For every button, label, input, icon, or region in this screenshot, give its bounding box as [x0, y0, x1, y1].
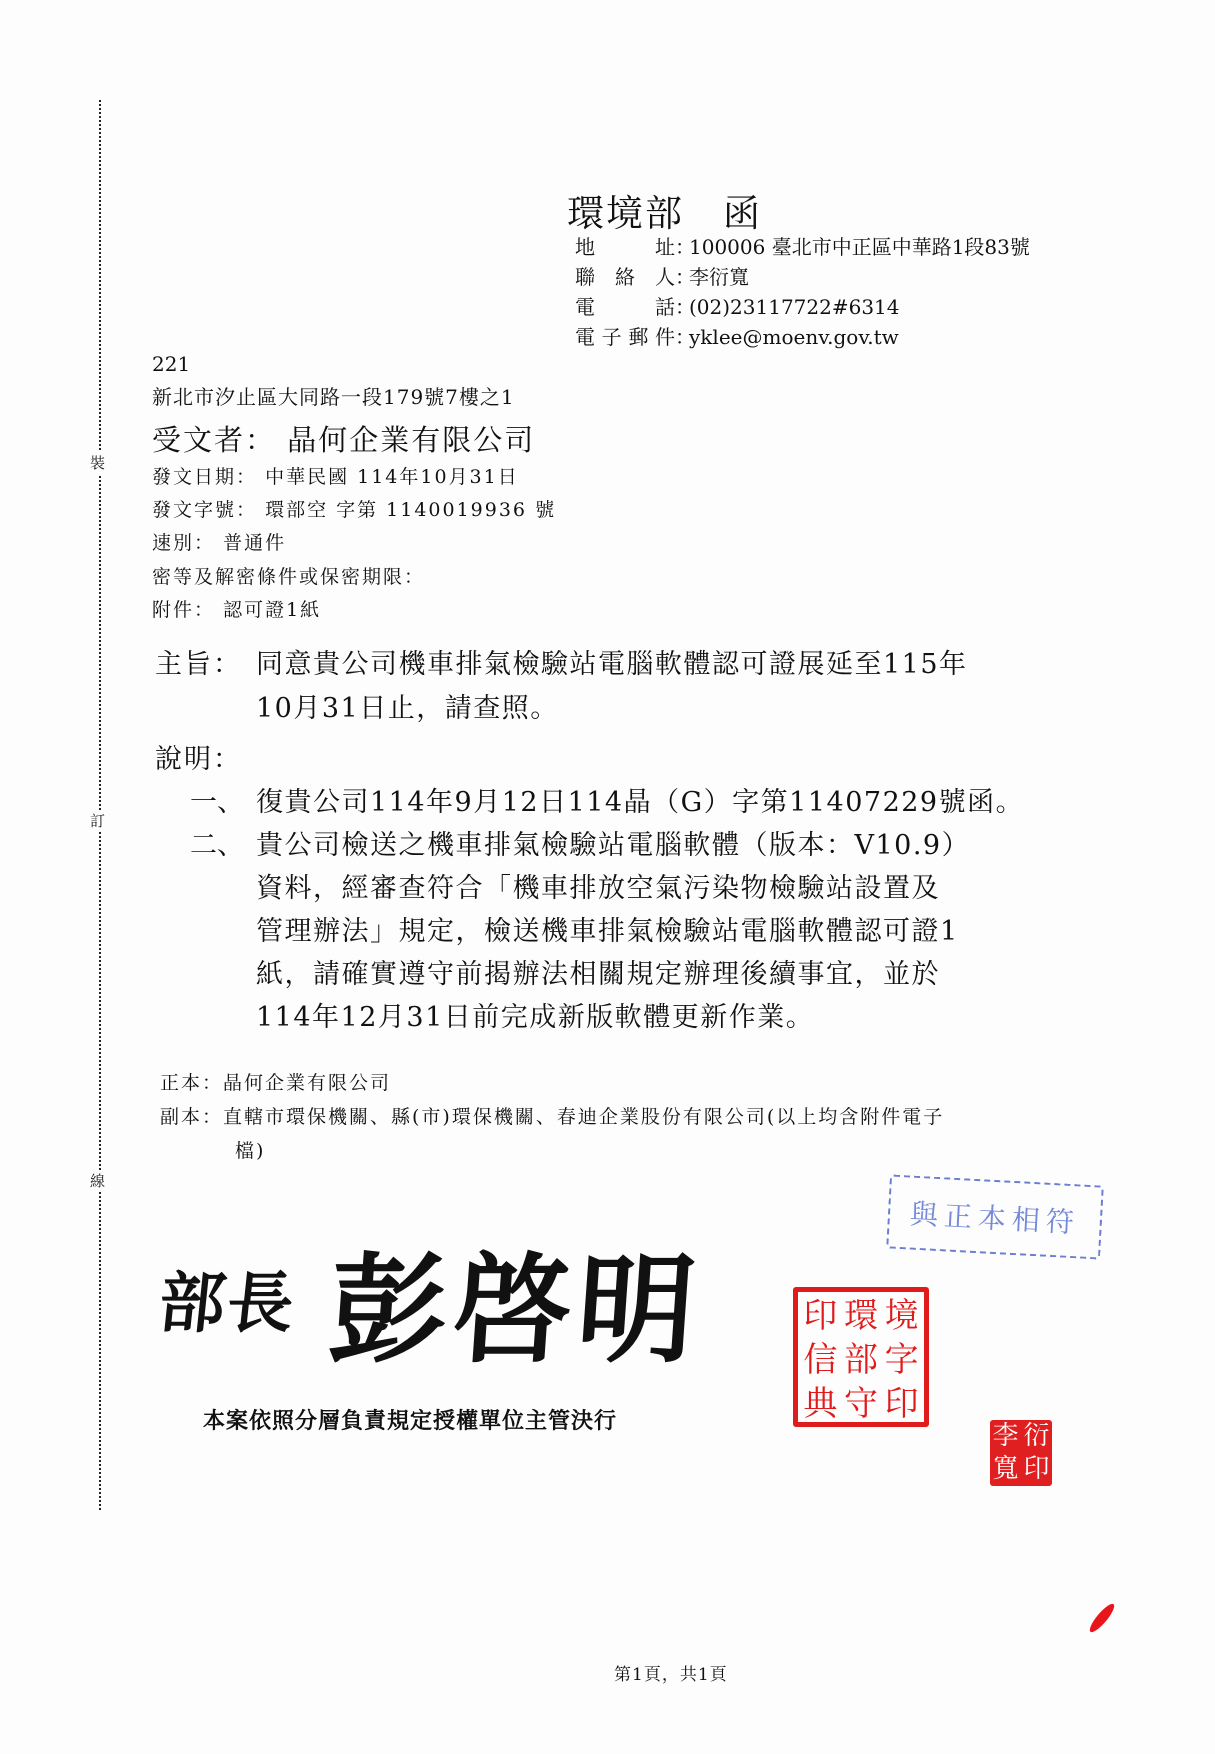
contact-value: 100006 臺北市中正區中華路1段83號	[689, 235, 1030, 259]
contact-address: 地址：100006 臺北市中正區中華路1段83號	[575, 232, 1030, 262]
meta-label: 速別：	[152, 532, 215, 554]
seal-char: 衍	[1021, 1420, 1052, 1453]
seal-char: 典	[800, 1382, 841, 1426]
meta-value: 中華民國 114年10月31日	[265, 466, 519, 488]
seal-char: 部	[841, 1338, 882, 1382]
signature-name: 彭啓明	[324, 1215, 708, 1385]
copy-label: 正本：	[160, 1072, 223, 1094]
recipient-label: 受文者：	[152, 423, 276, 457]
binding-mark-zhuang: 裝	[90, 452, 105, 474]
contact-value: 李衍寬	[689, 265, 749, 289]
contact-email-link[interactable]: yklee@moenv.gov.tw	[689, 325, 899, 349]
meta-label: 密等及解密條件或保密期限：	[152, 566, 425, 588]
explanation-item-line: 復貴公司114年9月12日114晶（G）字第11407229號函。	[256, 780, 1024, 819]
original-recipient: 正本：晶何企業有限公司	[160, 1068, 391, 1095]
explanation-item-number: 二、	[190, 823, 244, 862]
cc-recipients-continued: 檔)	[235, 1136, 265, 1163]
explanation-item-line: 114年12月31日前完成新版軟體更新作業。	[256, 995, 814, 1034]
explanation-item-line: 紙，請確實遵守前揭辦法相關規定辦理後續事宜，並於	[256, 952, 940, 991]
seal-char: 環	[841, 1294, 882, 1338]
explanation-item-line: 管理辦法」規定，檢送機車排氣檢驗站電腦軟體認可證1	[256, 909, 959, 948]
meta-attachment: 附件： 認可證1紙	[152, 595, 321, 622]
explanation-label: 說明：	[155, 737, 242, 776]
copy-label: 副本：	[160, 1106, 223, 1128]
binding-line	[99, 100, 101, 1510]
contact-email: 電子郵件：yklee@moenv.gov.tw	[575, 322, 899, 352]
binding-mark-xian: 線	[90, 1170, 105, 1192]
subject-label: 主旨：	[155, 642, 242, 681]
meta-value: 認可證1紙	[223, 599, 321, 621]
contact-value: (02)23117722#6314	[689, 295, 900, 319]
contact-phone: 電話：(02)23117722#6314	[575, 292, 900, 322]
copy-value: 直轄市環保機關、縣(市)環保機關、春迪企業股份有限公司(以上均含附件電子	[223, 1106, 944, 1128]
meta-issue-date: 發文日期： 中華民國 114年10月31日	[152, 462, 519, 489]
seal-char: 寬	[990, 1453, 1021, 1486]
seal-char: 印	[881, 1382, 922, 1426]
seal-char: 信	[800, 1338, 841, 1382]
document-title: 環境部 函	[567, 183, 762, 237]
recipient-zip: 221	[152, 352, 190, 376]
certified-copy-stamp: 與正本相符	[886, 1174, 1104, 1259]
meta-label: 附件：	[152, 599, 215, 621]
binding-mark-ding: 訂	[90, 810, 105, 832]
official-seal: 印 環 境 信 部 字 典 守 印	[793, 1287, 929, 1427]
seal-char: 守	[841, 1382, 882, 1426]
red-ink-mark	[1087, 1601, 1118, 1635]
recipient-address: 新北市汐止區大同路一段179號7樓之1	[152, 381, 515, 410]
seal-char: 字	[881, 1338, 922, 1382]
meta-priority: 速別： 普通件	[152, 528, 286, 555]
meta-classification: 密等及解密條件或保密期限：	[152, 562, 425, 589]
meta-label: 發文字號：	[152, 499, 257, 521]
contact-label: 電話	[575, 292, 675, 322]
contact-label: 電子郵件	[575, 322, 675, 352]
explanation-item-line: 資料，經審查符合「機車排放空氣污染物檢驗站設置及	[256, 866, 940, 905]
seal-char: 印	[800, 1294, 841, 1338]
meta-label: 發文日期：	[152, 466, 257, 488]
signature-title: 部長	[155, 1250, 301, 1345]
recipient: 受文者： 晶何企業有限公司	[152, 418, 535, 459]
meta-value: 普通件	[223, 532, 286, 554]
meta-doc-number: 發文字號： 環部空 字第 1140019936 號	[152, 495, 556, 522]
copy-value: 晶何企業有限公司	[223, 1072, 391, 1094]
seal-char: 李	[990, 1420, 1021, 1453]
page-number: 第1頁，共1頁	[614, 1660, 728, 1685]
contact-label: 地址	[575, 232, 675, 262]
contact-person: 聯絡人：李衍寬	[575, 262, 749, 292]
seal-char: 境	[881, 1294, 922, 1338]
explanation-item-line: 貴公司檢送之機車排氣檢驗站電腦軟體（版本：V10.9）	[256, 823, 970, 862]
subject-line: 10月31日止，請查照。	[256, 686, 559, 725]
cc-recipients: 副本：直轄市環保機關、縣(市)環保機關、春迪企業股份有限公司(以上均含附件電子	[160, 1102, 944, 1129]
explanation-item-number: 一、	[190, 780, 244, 819]
recipient-name: 晶何企業有限公司	[287, 423, 535, 457]
seal-char: 印	[1021, 1453, 1052, 1486]
meta-value: 環部空 字第 1140019936 號	[265, 499, 556, 521]
subject-line: 同意貴公司機車排氣檢驗站電腦軟體認可證展延至115年	[256, 642, 968, 681]
contact-label: 聯絡人	[575, 262, 675, 292]
personal-seal: 李 衍 寬 印	[990, 1420, 1052, 1486]
delegation-note: 本案依照分層負責規定授權單位主管決行	[203, 1404, 617, 1435]
